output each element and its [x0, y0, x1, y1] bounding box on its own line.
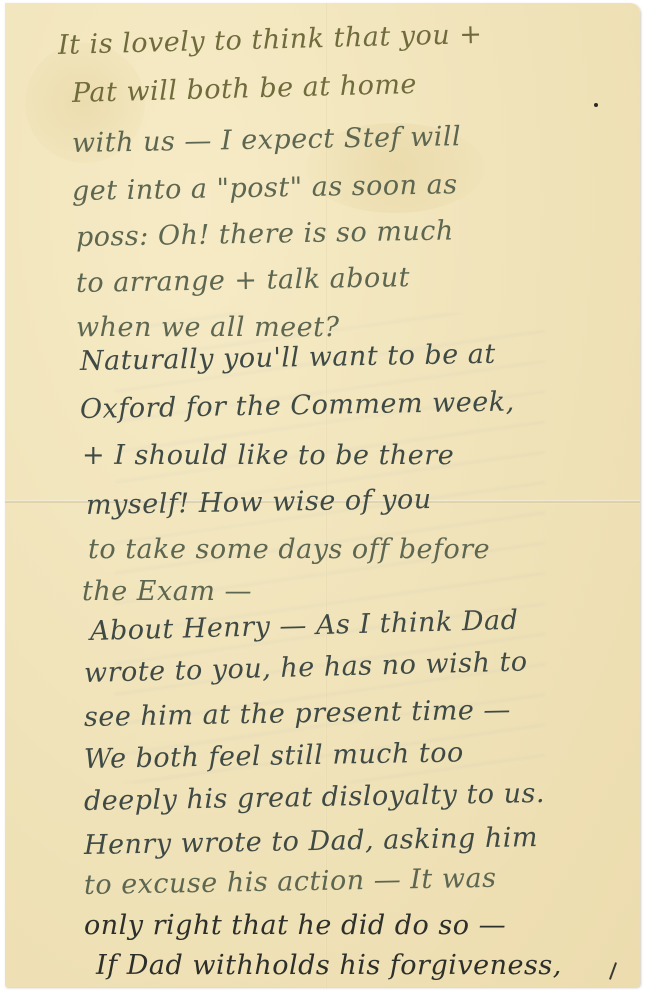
letter-line-18: deeply his great disloyalty to us. [84, 778, 545, 817]
letter-line-11: myself! How wise of you [86, 484, 432, 521]
letter-line-7: when we all meet? [76, 312, 339, 343]
letter-line-4: get into a "post" as soon as [72, 169, 458, 207]
letter-line-17: We both feel still much too [84, 737, 464, 775]
letter-line-19: Henry wrote to Dad, asking him [84, 822, 539, 861]
letter-line-15: wrote to you, he has no wish to [84, 646, 528, 689]
letter-line-3: with us — I expect Stef will [72, 121, 462, 159]
letter-line-14: About Henry — As I think Dad [90, 605, 519, 647]
letter-line-21: only right that he did do so — [84, 910, 506, 941]
letter-line-20: to excuse his action — It was [84, 863, 497, 901]
handwritten-text: It is lovely to think that you + Pat wil… [0, 0, 646, 1000]
letter-line-9: Oxford for the Commem week, [80, 386, 515, 425]
ink-mark [609, 962, 617, 980]
letter-line-6: to arrange + talk about [76, 262, 411, 299]
letter-line-16: see him at the present time — [84, 695, 511, 733]
letter-line-2: Pat will both be at home [72, 69, 418, 109]
letter-line-12: to take some days off before [88, 534, 490, 565]
letter-line-13: the Exam — [82, 576, 252, 607]
letter-line-1: It is lovely to think that you + [58, 19, 483, 61]
letter-line-5: poss: Oh! there is so much [76, 215, 454, 253]
letter-line-22: If Dad withholds his forgiveness, [96, 950, 562, 981]
letter-line-10: + I should like to be there [82, 440, 454, 471]
ink-dot [594, 103, 598, 107]
letter-line-8: Naturally you'll want to be at [80, 339, 496, 377]
